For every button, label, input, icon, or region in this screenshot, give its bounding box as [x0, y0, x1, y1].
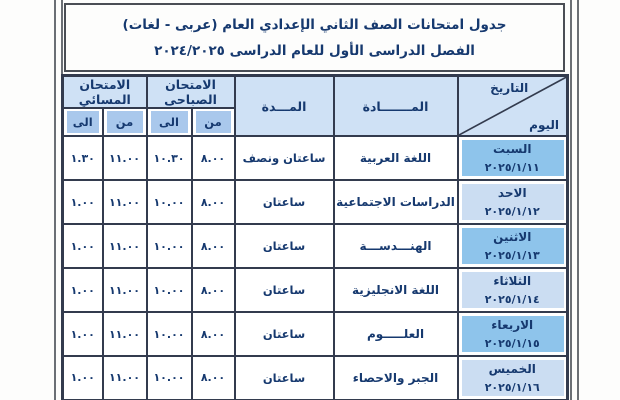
header-morning-from: من	[192, 108, 235, 136]
day-date: ٢٠٢٥/١/١١	[462, 159, 564, 176]
evening-from-cell: ١١.٠٠	[103, 268, 147, 312]
evening-from-cell: ١١.٠٠	[103, 180, 147, 224]
header-evening-from: من	[103, 108, 147, 136]
duration-cell: ساعتان	[235, 224, 334, 268]
day-cell: الاثنين ٢٠٢٥/١/١٣	[458, 224, 568, 268]
title-box: جدول امتحانات الصف الثاني الإعدادي العام…	[64, 3, 565, 72]
duration-cell: ساعتان	[235, 356, 334, 400]
morning-from-cell: ٨.٠٠	[192, 224, 235, 268]
day-name: الخميس	[462, 360, 564, 379]
subject-cell: الجبر والاحصاء	[334, 356, 458, 400]
day-date: ٢٠٢٥/١/١٥	[462, 335, 564, 352]
evening-from-cell: ١١.٠٠	[103, 136, 147, 180]
day-date: ٢٠٢٥/١/١٢	[462, 203, 564, 220]
evening-to-cell: ١.٣٠	[63, 136, 103, 180]
day-cell: الثلاثاء ٢٠٢٥/١/١٤	[458, 268, 568, 312]
day-date: ٢٠٢٥/١/١٣	[462, 247, 564, 264]
title-line-1: جدول امتحانات الصف الثاني الإعدادي العام…	[66, 12, 563, 38]
duration-cell: ساعتان	[235, 268, 334, 312]
day-name: الاثنين	[462, 228, 564, 247]
evening-from-cell: ١١.٠٠	[103, 224, 147, 268]
table-row: السبت ٢٠٢٥/١/١١ اللغة العربية ساعتان ونص…	[63, 136, 568, 180]
morning-to-cell: ١٠.٠٠	[147, 180, 192, 224]
evening-from-cell: ١١.٠٠	[103, 312, 147, 356]
page-frame-right-inner	[570, 0, 572, 400]
table-row: الاربعاء ٢٠٢٥/١/١٥ العلـــــوم ساعتان ٨.…	[63, 312, 568, 356]
day-date: ٢٠٢٥/١/١٤	[462, 291, 564, 308]
table-row: الاثنين ٢٠٢٥/١/١٣ الهنـــدســـة ساعتان ٨…	[63, 224, 568, 268]
morning-from-cell: ٨.٠٠	[192, 356, 235, 400]
morning-to-cell: ١٠.٠٠	[147, 224, 192, 268]
duration-cell: ساعتان	[235, 180, 334, 224]
day-name: الاحد	[462, 184, 564, 203]
evening-to-cell: ١.٠٠	[63, 268, 103, 312]
subject-cell: اللغة العربية	[334, 136, 458, 180]
day-name: السبت	[462, 140, 564, 159]
evening-from-cell: ١١.٠٠	[103, 356, 147, 400]
table-row: الثلاثاء ٢٠٢٥/١/١٤ اللغة الانجليزية ساعت…	[63, 268, 568, 312]
header-subject: المـــــــادة	[334, 76, 458, 137]
subject-cell: اللغة الانجليزية	[334, 268, 458, 312]
duration-cell: ساعتان ونصف	[235, 136, 334, 180]
table-row: الاحد ٢٠٢٥/١/١٢ الدراسات الاجتماعية ساعت…	[63, 180, 568, 224]
morning-from-cell: ٨.٠٠	[192, 312, 235, 356]
morning-to-cell: ١٠.٠٠	[147, 312, 192, 356]
header-evening-exam: الامتحان المسائي	[63, 76, 147, 109]
header-duration: المـــدة	[235, 76, 334, 137]
corner-label-day: اليوم	[529, 118, 559, 132]
day-cell: الاحد ٢٠٢٥/١/١٢	[458, 180, 568, 224]
header-evening-to: الى	[63, 108, 103, 136]
day-name: الاربعاء	[462, 316, 564, 335]
day-date: ٢٠٢٥/١/١٦	[462, 379, 564, 396]
table-row: الخميس ٢٠٢٥/١/١٦ الجبر والاحصاء ساعتان ٨…	[63, 356, 568, 400]
header-morning-exam: الامتحان الصباحى	[147, 76, 235, 109]
subject-cell: العلـــــوم	[334, 312, 458, 356]
day-cell: الاربعاء ٢٠٢٥/١/١٥	[458, 312, 568, 356]
evening-to-cell: ١.٠٠	[63, 224, 103, 268]
exam-schedule-table: التاريخ اليوم المـــــــادة المـــدة الا…	[61, 74, 569, 400]
header-row-main: التاريخ اليوم المـــــــادة المـــدة الا…	[63, 76, 568, 109]
morning-from-cell: ٨.٠٠	[192, 180, 235, 224]
title-line-2: الفصل الدراسى الأول للعام الدراسى ٢٠٢٤/٢…	[66, 38, 563, 64]
corner-label-date: التاريخ	[490, 81, 528, 95]
page-frame-right-outer	[577, 0, 579, 400]
subject-cell: الهنـــدســـة	[334, 224, 458, 268]
evening-to-cell: ١.٠٠	[63, 312, 103, 356]
evening-to-cell: ١.٠٠	[63, 356, 103, 400]
morning-to-cell: ١٠.٣٠	[147, 136, 192, 180]
page-frame-left-outer	[54, 0, 56, 400]
header-morning-to: الى	[147, 108, 192, 136]
evening-to-cell: ١.٠٠	[63, 180, 103, 224]
subject-cell: الدراسات الاجتماعية	[334, 180, 458, 224]
document-page: جدول امتحانات الصف الثاني الإعدادي العام…	[0, 0, 620, 400]
day-cell: الخميس ٢٠٢٥/١/١٦	[458, 356, 568, 400]
day-cell: السبت ٢٠٢٥/١/١١	[458, 136, 568, 180]
day-name: الثلاثاء	[462, 272, 564, 291]
morning-to-cell: ١٠.٠٠	[147, 356, 192, 400]
corner-date-day-cell: التاريخ اليوم	[458, 76, 568, 137]
morning-to-cell: ١٠.٠٠	[147, 268, 192, 312]
duration-cell: ساعتان	[235, 312, 334, 356]
morning-from-cell: ٨.٠٠	[192, 136, 235, 180]
morning-from-cell: ٨.٠٠	[192, 268, 235, 312]
